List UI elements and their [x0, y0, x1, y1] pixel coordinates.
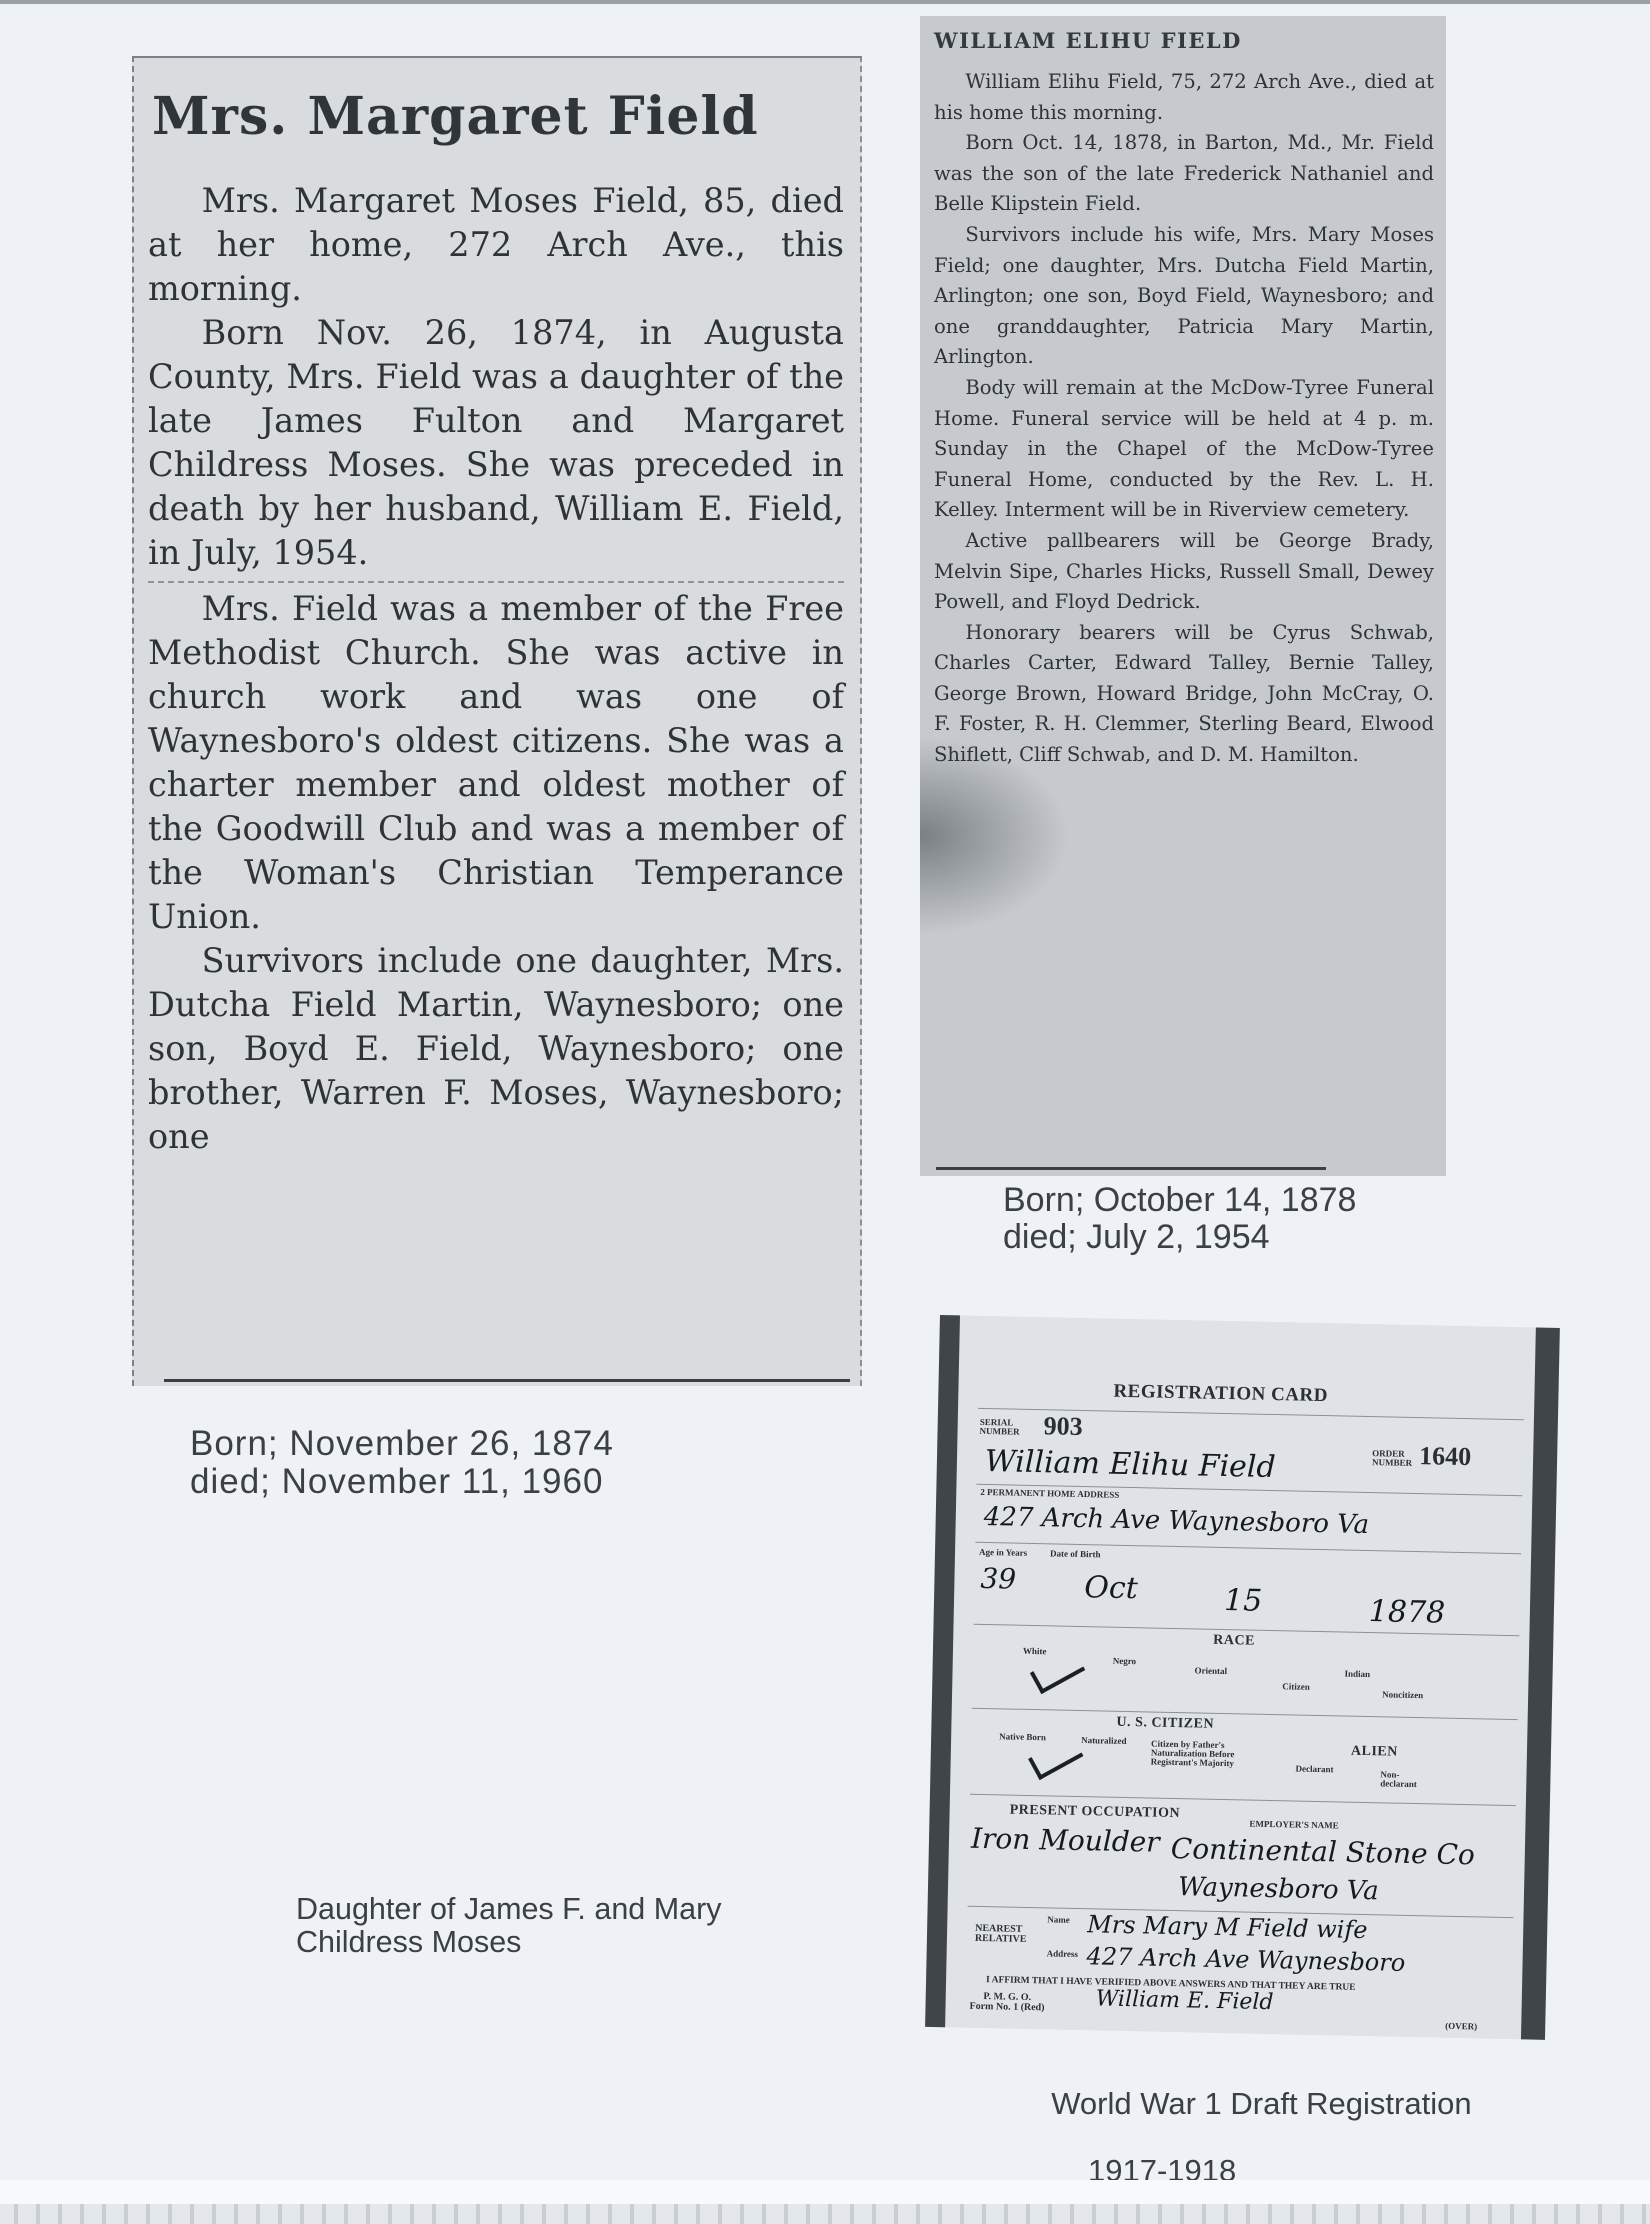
clipping-divider [148, 581, 844, 583]
race-option-negro: Negro [1113, 1657, 1137, 1666]
nearest-relative-label: NEAREST RELATIVE [975, 1924, 1035, 1945]
page-perforation-edge [0, 2204, 1650, 2224]
employer-label: EMPLOYER'S NAME [1249, 1820, 1338, 1831]
age-label: Age in Years [979, 1548, 1027, 1558]
relative-address: 427 Arch Ave Waynesboro [1086, 1942, 1405, 1977]
race-option-indian: Indian [1344, 1670, 1370, 1680]
employer-value: Continental Stone Co [1171, 1832, 1476, 1871]
page-bottom-margin [0, 2180, 1650, 2204]
home-address: 427 Arch Ave Waynesboro Va [983, 1502, 1369, 1540]
race-label: RACE [1213, 1633, 1255, 1650]
registrant-name: William Elihu Field [985, 1444, 1276, 1485]
draft-caption-title: World War 1 Draft Registration [1051, 2086, 1471, 2121]
citizen-option-by-father: Citizen by Father's Naturalization Befor… [1151, 1740, 1282, 1770]
race-option-citizen: Citizen [1282, 1682, 1310, 1692]
over-label: (OVER) [1445, 2022, 1477, 2032]
occupation-label: PRESENT OCCUPATION [1009, 1803, 1180, 1823]
card-title: REGISTRATION CARD [1113, 1381, 1328, 1407]
margaret-obituary-paragraph: Mrs. Field was a member of the Free Meth… [148, 587, 844, 939]
serial-number-label: SERIAL NUMBER [979, 1418, 1017, 1437]
william-obituary-paragraph: Born Oct. 14, 1878, in Barton, Md., Mr. … [934, 128, 1434, 220]
page-top-edge [0, 0, 1650, 4]
margaret-obituary-headline: Mrs. Margaret Field [152, 88, 844, 145]
relative-name: Mrs Mary M Field wife [1087, 1910, 1368, 1944]
dob-year: 1878 [1369, 1594, 1446, 1631]
home-address-label: 2 PERMANENT HOME ADDRESS [980, 1488, 1119, 1500]
william-field-obituary-clipping: WILLIAM ELIHU FIELD William Elihu Field,… [920, 16, 1446, 1176]
alien-option-declarant: Declarant [1295, 1765, 1333, 1775]
dob-month: Oct [1084, 1570, 1138, 1606]
race-option-noncitizen: Noncitizen [1382, 1690, 1423, 1700]
william-obituary-paragraph: Honorary bearers will be Cyrus Schwab, C… [934, 618, 1434, 771]
margaret-field-obituary-clipping: Mrs. Margaret Field Mrs. Margaret Moses … [132, 56, 862, 1386]
margaret-obituary-paragraph: Survivors include one daughter, Mrs. Dut… [148, 939, 844, 1159]
citizen-option-native-born: Native Born [999, 1732, 1046, 1742]
margaret-obituary-paragraph: Born Nov. 26, 1874, in Augusta County, M… [148, 311, 844, 575]
clipping-bottom-rule [164, 1379, 850, 1382]
order-number: 1640 [1419, 1441, 1472, 1472]
william-obituary-paragraph: Survivors include his wife, Mrs. Mary Mo… [934, 220, 1434, 373]
margaret-dates-caption: Born; November 26, 1874 died; November 1… [190, 1425, 614, 1501]
employer-location: Waynesboro Va [1178, 1872, 1379, 1906]
william-obituary-paragraph: William Elihu Field, 75, 272 Arch Ave., … [934, 67, 1434, 128]
form-number-label: P. M. G. O. Form No. 1 (Red) [969, 1992, 1044, 2014]
relative-address-label: Address [1047, 1949, 1079, 1959]
citizen-option-naturalized: Naturalized [1081, 1736, 1127, 1746]
card-rule [972, 1708, 1518, 1720]
william-obituary-headline: WILLIAM ELIHU FIELD [934, 28, 1434, 53]
relative-name-label: Name [1047, 1915, 1070, 1924]
dob-label: Date of Birth [1050, 1549, 1101, 1559]
clipping-bottom-rule [936, 1167, 1326, 1170]
us-citizen-label: U. S. CITIZEN [1116, 1715, 1214, 1733]
occupation-value: Iron Moulder [971, 1822, 1160, 1859]
age-value: 39 [980, 1562, 1016, 1596]
william-obituary-paragraph: Body will remain at the McDow-Tyree Fune… [934, 373, 1434, 526]
margaret-parents-caption: Daughter of James F. and Mary Childress … [296, 1893, 722, 1959]
order-number-label: ORDER NUMBER [1372, 1449, 1412, 1468]
registrant-signature: William E. Field [1095, 1986, 1273, 2015]
dob-day: 15 [1224, 1583, 1263, 1619]
race-option-white: White [1023, 1647, 1047, 1656]
race-option-oriental: Oriental [1195, 1666, 1228, 1676]
serial-number: 903 [1043, 1411, 1083, 1442]
draft-registration-card: REGISTRATION CARD SERIAL NUMBER 903 ORDE… [925, 1315, 1560, 2040]
william-dates-caption: Born; October 14, 1878 died; July 2, 195… [1003, 1182, 1356, 1255]
alien-label: ALIEN [1351, 1744, 1398, 1761]
margaret-obituary-paragraph: Mrs. Margaret Moses Field, 85, died at h… [148, 179, 844, 311]
alien-option-non-declarant: Non-declarant [1380, 1770, 1430, 1789]
william-obituary-paragraph: Active pallbearers will be George Brady,… [934, 526, 1434, 618]
